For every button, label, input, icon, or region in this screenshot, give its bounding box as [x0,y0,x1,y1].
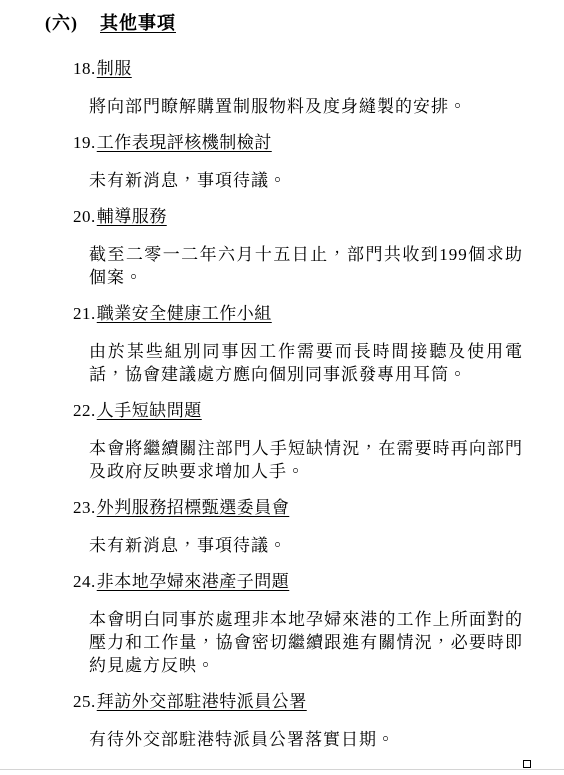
item-title: 人手短缺問題 [97,401,202,420]
item-body: 本會明白同事於處理非本地孕婦來港的工作上所面對的壓力和工作量，協會密切繼續跟進有… [89,608,523,677]
item-number: 25. [73,692,96,711]
end-of-document-square-icon [523,760,531,768]
section-marker: (六) [45,13,78,33]
item-number: 21. [73,304,96,323]
item-body: 由於某些組別同事因工作需要而長時間接聽及使用電話，協會建議處方應向個別同事派發專… [89,340,523,386]
item-body: 本會將繼續關注部門人手短缺情況，在需要時再向部門及政府反映要求增加人手。 [89,437,523,483]
item-number: 19. [73,133,96,152]
section-title: 其他事項 [100,13,176,33]
agenda-item-20: 20.輔導服務 截至二零一二年六月十五日止，部門共收到199個求助個案。 [0,205,564,289]
item-title: 制服 [97,59,132,78]
page-bottom-edge [0,769,564,770]
item-body: 將向部門瞭解購置制服物料及度身縫製的安排。 [89,95,523,118]
agenda-item-22: 22.人手短缺問題 本會將繼續關注部門人手短缺情況，在需要時再向部門及政府反映要… [0,399,564,483]
item-heading: 18.制服 [73,57,564,80]
item-heading: 23.外判服務招標甄選委員會 [73,496,564,519]
item-heading: 19.工作表現評核機制檢討 [73,131,564,154]
item-heading: 20.輔導服務 [73,205,564,228]
item-heading: 22.人手短缺問題 [73,399,564,422]
item-title: 拜訪外交部駐港特派員公署 [97,692,307,711]
item-number: 23. [73,498,96,517]
item-heading: 21.職業安全健康工作小組 [73,302,564,325]
item-body: 未有新消息，事項待議。 [89,534,523,557]
item-number: 24. [73,572,96,591]
item-number: 22. [73,401,96,420]
item-heading: 24.非本地孕婦來港產子問題 [73,570,564,593]
agenda-item-19: 19.工作表現評核機制檢討 未有新消息，事項待議。 [0,131,564,192]
item-number: 18. [73,59,96,78]
agenda-item-24: 24.非本地孕婦來港產子問題 本會明白同事於處理非本地孕婦來港的工作上所面對的壓… [0,570,564,677]
item-body: 截至二零一二年六月十五日止，部門共收到199個求助個案。 [89,243,523,289]
item-title: 職業安全健康工作小組 [97,304,272,323]
item-title: 外判服務招標甄選委員會 [97,498,290,517]
document-page: (六)其他事項 18.制服 將向部門瞭解購置制服物料及度身縫製的安排。 19.工… [0,0,564,775]
agenda-item-18: 18.制服 將向部門瞭解購置制服物料及度身縫製的安排。 [0,57,564,118]
item-body: 未有新消息，事項待議。 [89,169,523,192]
item-number: 20. [73,207,96,226]
agenda-item-23: 23.外判服務招標甄選委員會 未有新消息，事項待議。 [0,496,564,557]
item-title: 輔導服務 [97,207,167,226]
agenda-item-21: 21.職業安全健康工作小組 由於某些組別同事因工作需要而長時間接聽及使用電話，協… [0,302,564,386]
item-heading: 25.拜訪外交部駐港特派員公署 [73,690,564,713]
item-title: 非本地孕婦來港產子問題 [97,572,290,591]
item-body: 有待外交部駐港特派員公署落實日期。 [89,728,523,751]
section-header: (六)其他事項 [45,13,564,33]
agenda-item-25: 25.拜訪外交部駐港特派員公署 有待外交部駐港特派員公署落實日期。 [0,690,564,751]
item-title: 工作表現評核機制檢討 [97,133,272,152]
